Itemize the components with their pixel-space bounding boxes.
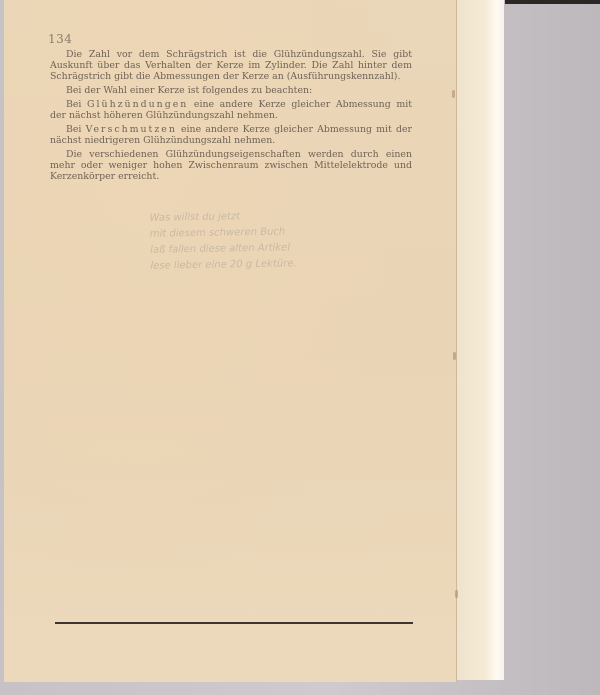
note-line: lese lieber eine 20 g Lektüre.	[150, 255, 350, 274]
paragraph-gap-properties: Die verschiedenen Glühzündungseigenschaf…	[50, 149, 412, 182]
page-number: 134	[48, 32, 72, 46]
page-stain	[452, 90, 455, 98]
emphasis-term: Glühzündungen	[87, 99, 188, 110]
paragraph-fouling: Bei Verschmutzen eine andere Kerze gleic…	[50, 124, 412, 146]
footer-rule	[55, 622, 413, 624]
paragraph-glow-ignition-number: Die Zahl vor dem Schrägstrich ist die Gl…	[50, 49, 412, 82]
book-page: 134 Die Zahl vor dem Schrägstrich ist di…	[4, 0, 457, 682]
prefix: Bei	[66, 99, 87, 110]
emphasis-term: Verschmutzen	[86, 124, 177, 135]
paragraph-choice-intro: Bei der Wahl einer Kerze ist folgendes z…	[50, 85, 412, 96]
handwritten-pencil-note: Was willst du jetzt mit diesem schweren …	[149, 207, 350, 274]
book-page-edges	[455, 0, 504, 680]
scanner-edge-bar	[505, 0, 600, 4]
page-stain	[455, 590, 458, 598]
paragraph-glow-ignitions: Bei Glühzündungen eine andere Kerze glei…	[50, 99, 412, 121]
body-text: Die Zahl vor dem Schrägstrich ist die Gl…	[50, 49, 412, 185]
prefix: Bei	[66, 124, 86, 135]
page-stain	[453, 352, 456, 360]
